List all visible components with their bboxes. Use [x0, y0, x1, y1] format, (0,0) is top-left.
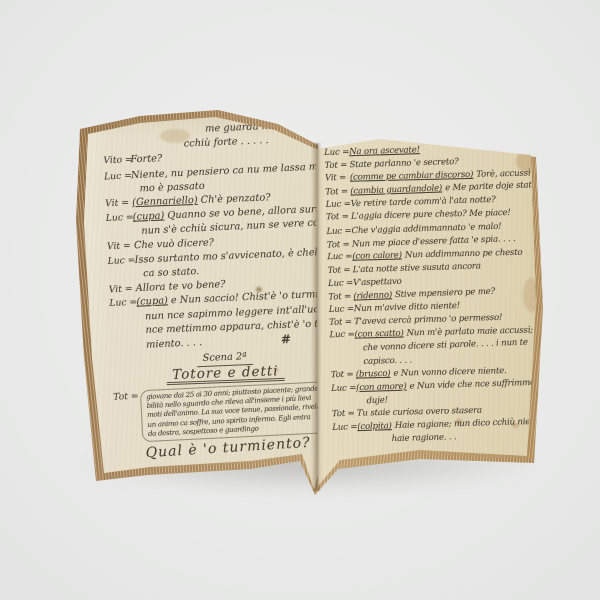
- speaker-label: Vit =: [105, 196, 132, 211]
- dialogue-text: Forte?: [130, 153, 162, 168]
- speaker-label: Vit =: [109, 282, 137, 297]
- speaker-label: Tot =: [113, 389, 141, 404]
- speaker-label: Luc =: [326, 225, 351, 239]
- stage-direction: Na ora ascevate!: [349, 145, 420, 157]
- right-page-text: Luc =Na ora ascevate!Tot =State parlanno…: [324, 141, 547, 448]
- speaker-label: Luc =: [329, 303, 354, 317]
- photo-background: { "scene": { "description": "Photograph …: [0, 0, 600, 600]
- speaker-label: Tot =: [326, 211, 351, 225]
- section-end-mark: #: [251, 332, 292, 348]
- stage-direction: (con scatto): [354, 329, 403, 340]
- speaker-label: [108, 277, 135, 278]
- speaker-label: Luc =: [327, 250, 352, 264]
- stage-direction: (ridenno): [353, 290, 392, 301]
- speaker-label: [330, 351, 355, 352]
- speaker-label: [333, 442, 358, 443]
- speaker-label: Luc =: [332, 421, 357, 435]
- speaker-label: Vit =: [325, 172, 350, 186]
- stage-direction: (con calore): [352, 250, 402, 261]
- speaker-label: Tot =: [332, 408, 357, 422]
- stage-direction: (cupa): [136, 296, 168, 308]
- speaker-label: Vito =: [103, 154, 130, 169]
- speaker-label: Tot =: [325, 186, 350, 200]
- speaker-label: Luc =: [328, 277, 353, 291]
- speaker-label: [111, 333, 138, 334]
- speaker-label: [105, 192, 132, 193]
- dialogue-text: haie ragione. . .: [358, 431, 457, 447]
- speaker-label: [107, 235, 134, 236]
- speaker-label: Tot =: [328, 291, 353, 305]
- speaker-label: Luc =: [331, 382, 356, 396]
- spine-gutter-shadow: [311, 143, 322, 491]
- stage-direction: (cupa): [133, 211, 165, 223]
- speaker-label: [103, 149, 130, 150]
- dialogue-text: Tu staie curiosa overo stasera: [357, 405, 482, 421]
- scene-heading-text: Totore e detti: [166, 364, 285, 385]
- dialogue-text: V'aspettavo: [353, 276, 402, 291]
- speaker-label: [330, 364, 355, 365]
- stage-direction: (cambia guardandole): [350, 184, 442, 197]
- speaker-label: Luc =: [107, 254, 135, 269]
- book-spread: me guardà meglio int'a ll'uocchie,cchiù …: [68, 103, 550, 523]
- stage-direction: (con amore): [356, 381, 407, 392]
- dialogue-text: Che vuò dicere?: [134, 236, 214, 253]
- speaker-label: Luc =: [106, 211, 134, 226]
- stage-direction: (brusco): [356, 368, 391, 379]
- stage-direction: (colpita): [357, 421, 392, 432]
- speaker-label: Tot =: [331, 368, 356, 382]
- speaker-label: [111, 348, 138, 349]
- speaker-label: Luc =: [324, 146, 349, 160]
- character-description-row: Tot =giovane dai 25 ai 30 anni; piuttost…: [113, 381, 341, 442]
- speaker-label: [110, 319, 137, 320]
- speaker-label: Luc =: [329, 329, 354, 343]
- speaker-label: Luc =: [104, 169, 132, 184]
- speaker-label: Vit =: [107, 239, 134, 254]
- speaker-label: Tot =: [327, 264, 352, 278]
- character-description-box: giovane dai 25 ai 30 anni; piuttosto pia…: [140, 381, 332, 442]
- speaker-label: [102, 135, 129, 136]
- left-page-text: me guardà meglio int'a ll'uocchie,cchiù …: [102, 118, 342, 460]
- stage-direction: (Gennariello): [132, 195, 198, 208]
- speaker-label: Luc =: [109, 296, 137, 311]
- speaker-label: [332, 403, 357, 404]
